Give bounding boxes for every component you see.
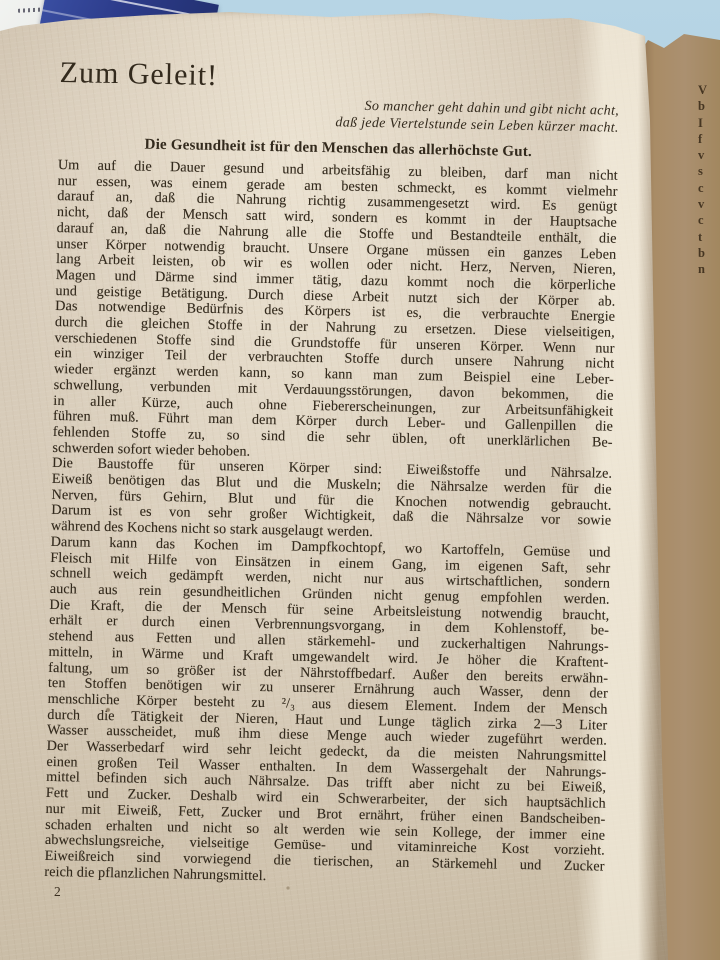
next-page-line-fragment: v bbox=[698, 196, 720, 212]
next-page-line-fragment: v bbox=[698, 147, 720, 163]
body-text: Um auf die Dauer gesund und arbeitsfähig… bbox=[44, 158, 618, 891]
next-page-line-fragment: I bbox=[698, 115, 720, 131]
photo-of-book-page: { "page": { "number": "2", "title": "Zum… bbox=[0, 0, 720, 960]
book-page: Zum Geleit! So mancher geht dahin und gi… bbox=[0, 8, 672, 960]
printed-text-block: Zum Geleit! So mancher geht dahin und gi… bbox=[44, 56, 620, 891]
next-page-text-fragments: VbIfvscvctbn bbox=[698, 82, 720, 278]
next-page-line-fragment: c bbox=[698, 212, 720, 228]
page-number: 2 bbox=[54, 884, 61, 900]
next-page-line-fragment: f bbox=[698, 131, 720, 147]
next-page-line-fragment: b bbox=[698, 98, 720, 114]
next-page-line-fragment: c bbox=[698, 180, 720, 196]
illegible-stamp-mark bbox=[18, 7, 44, 12]
next-page-line-fragment: t bbox=[698, 229, 720, 245]
next-page-line-fragment: b bbox=[698, 245, 720, 261]
motto: So mancher geht dahin und gibt nicht ach… bbox=[59, 93, 620, 137]
next-page-line-fragment: s bbox=[698, 163, 720, 179]
next-page-line-fragment: n bbox=[698, 261, 720, 277]
next-page-line-fragment: V bbox=[698, 82, 720, 98]
